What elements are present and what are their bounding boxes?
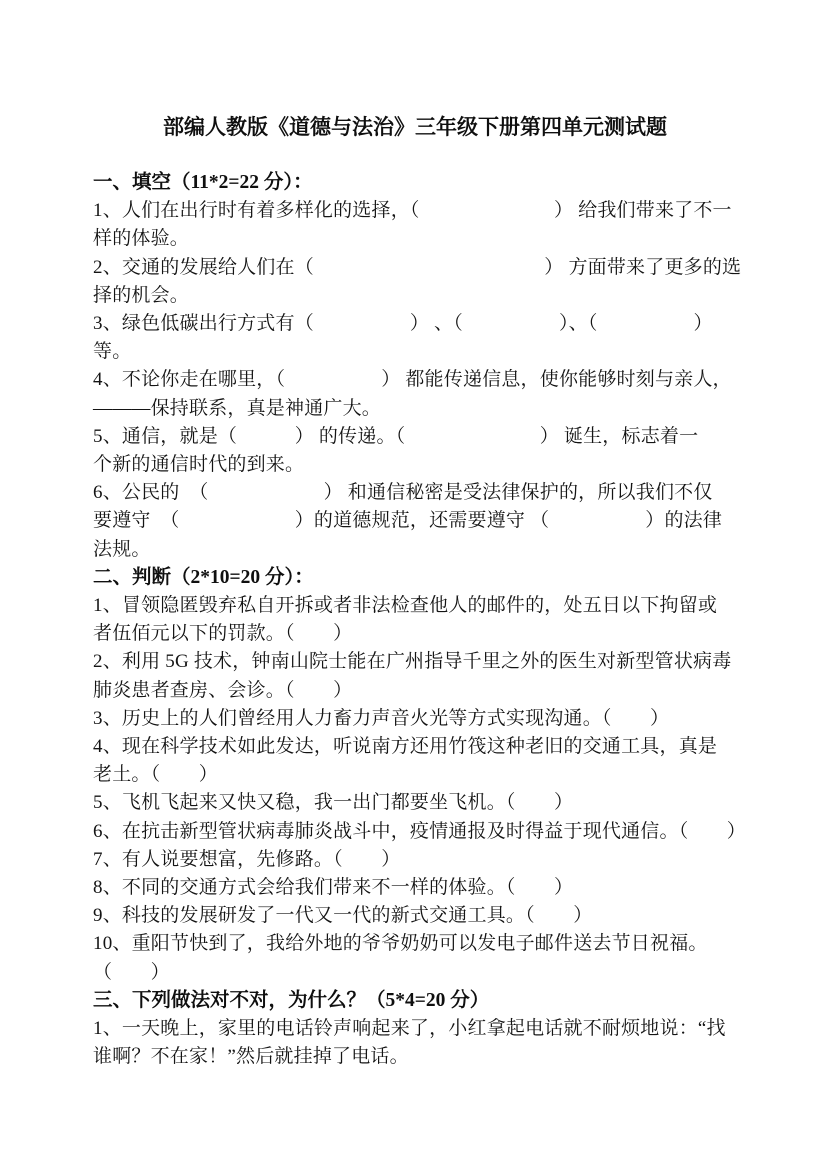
question-line: 5、通信，就是（ ） 的传递。（ ） 诞生，标志着一	[93, 423, 737, 451]
document-body: 一、填空（11*2=22 分）：1、人们在出行时有着多样化的选择，（ ） 给我们…	[93, 169, 737, 1072]
section-heading: 二、判断（2*10=20 分）：	[93, 564, 737, 592]
question-line: 1、冒领隐匿毁弃私自开拆或者非法检查他人的邮件的，处五日以下拘留或	[93, 592, 737, 620]
question-line: 2、交通的发展给人们在（ ） 方面带来了更多的选	[93, 254, 737, 282]
question-line: 谁啊？不在家！”然后就挂掉了电话。	[93, 1043, 737, 1071]
section-heading: 三、下列做法对不对，为什么？（5*4=20 分）	[93, 987, 737, 1015]
section-right-or-wrong: 三、下列做法对不对，为什么？（5*4=20 分）1、一天晚上，家里的电话铃声响起…	[93, 987, 737, 1072]
question-line: 9、科技的发展研发了一代又一代的新式交通工具。（ ）	[93, 902, 737, 930]
question-line: 10、重阳节快到了，我给外地的爷爷奶奶可以发电子邮件送去节日祝福。	[93, 930, 737, 958]
question-line: 肺炎患者查房、会诊。（ ）	[93, 677, 737, 705]
question-line: 7、有人说要想富，先修路。（ ）	[93, 846, 737, 874]
question-line: 1、人们在出行时有着多样化的选择，（ ） 给我们带来了不一	[93, 197, 737, 225]
document-page: 部编人教版《道德与法治》三年级下册第四单元测试题 一、填空（11*2=22 分）…	[0, 0, 827, 1169]
document-title: 部编人教版《道德与法治》三年级下册第四单元测试题	[93, 112, 737, 142]
question-line: 2、利用 5G 技术，钟南山院士能在广州指导千里之外的医生对新型管状病毒	[93, 648, 737, 676]
question-line: 样的体验。	[93, 225, 737, 253]
question-line: 个新的通信时代的到来。	[93, 451, 737, 479]
question-line: 法规。	[93, 536, 737, 564]
section-fill-blanks: 一、填空（11*2=22 分）：1、人们在出行时有着多样化的选择，（ ） 给我们…	[93, 169, 737, 564]
question-line: 3、绿色低碳出行方式有（ ） 、（ ）、（ ）	[93, 310, 737, 338]
question-line: 4、不论你走在哪里，（ ） 都能传递信息，使你能够时刻与亲人，	[93, 366, 737, 394]
question-line: 择的机会。	[93, 282, 737, 310]
question-line: 1、一天晚上，家里的电话铃声响起来了，小红拿起电话就不耐烦地说：“找	[93, 1015, 737, 1043]
question-line: 等。	[93, 338, 737, 366]
question-line: ———保持联系，真是神通广大。	[93, 395, 737, 423]
question-line: 8、不同的交通方式会给我们带来不一样的体验。（ ）	[93, 874, 737, 902]
question-line: 6、在抗击新型管状病毒肺炎战斗中，疫情通报及时得益于现代通信。（ ）	[93, 818, 737, 846]
question-line: 者伍佰元以下的罚款。（ ）	[93, 620, 737, 648]
question-line: （ ）	[93, 959, 737, 987]
question-line: 老土。（ ）	[93, 761, 737, 789]
question-line: 6、公民的 （ ） 和通信秘密是受法律保护的，所以我们不仅	[93, 479, 737, 507]
question-line: 要遵守 （ ）的道德规范，还需要遵守 （ ）的法律	[93, 507, 737, 535]
question-line: 3、历史上的人们曾经用人力畜力声音火光等方式实现沟通。（ ）	[93, 705, 737, 733]
question-line: 5、飞机飞起来又快又稳，我一出门都要坐飞机。（ ）	[93, 789, 737, 817]
section-true-false: 二、判断（2*10=20 分）：1、冒领隐匿毁弃私自开拆或者非法检查他人的邮件的…	[93, 564, 737, 987]
question-line: 4、现在科学技术如此发达，听说南方还用竹筏这种老旧的交通工具，真是	[93, 733, 737, 761]
section-heading: 一、填空（11*2=22 分）：	[93, 169, 737, 197]
